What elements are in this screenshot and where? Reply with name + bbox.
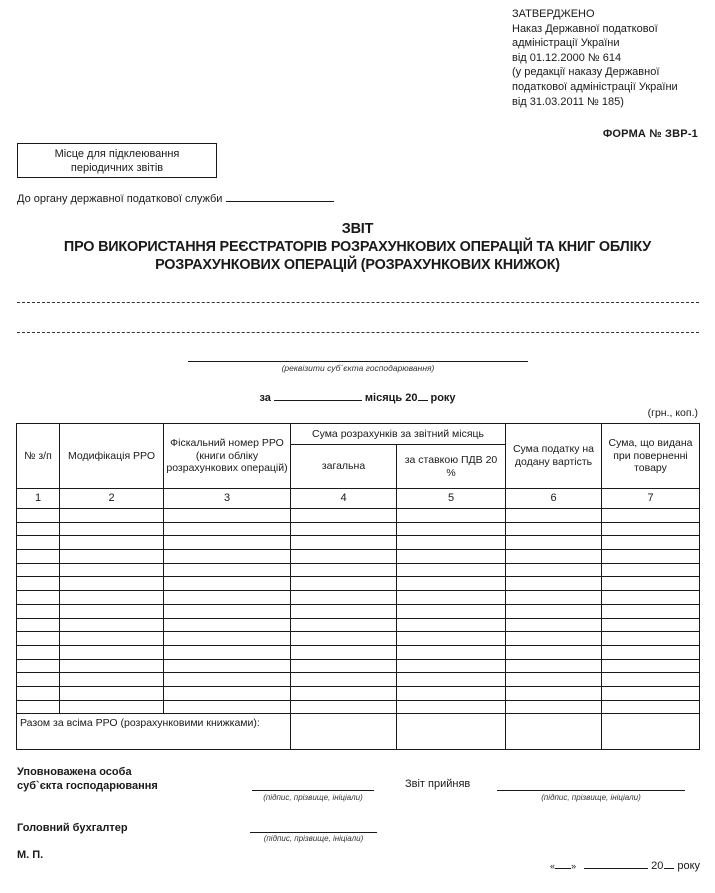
table-cell[interactable] bbox=[17, 659, 60, 673]
header-returned-sum: Сума, що видана при поверненні товару bbox=[602, 424, 700, 489]
table-cell[interactable] bbox=[60, 700, 164, 714]
approval-line: від 31.03.2011 № 185) bbox=[512, 95, 678, 110]
header-settlement-sum: Сума розрахунків за звітний місяць bbox=[291, 424, 506, 445]
header-number: № з/п bbox=[17, 424, 60, 489]
approval-line: (у редакції наказу Державної bbox=[512, 65, 678, 80]
table-cell[interactable] bbox=[602, 673, 700, 687]
table-cell[interactable] bbox=[506, 550, 602, 564]
authorized-signature-line[interactable] bbox=[252, 790, 374, 791]
year-suffix: року bbox=[677, 860, 700, 872]
date-field: «»20року bbox=[550, 860, 700, 872]
table-cell[interactable] bbox=[602, 659, 700, 673]
header-rro-model: Модифікація РРО bbox=[60, 424, 164, 489]
table-cell[interactable] bbox=[164, 645, 291, 659]
report-subtitle-line2: РОЗРАХУНКОВИХ ОПЕРАЦІЙ (РОЗРАХУНКОВИХ КН… bbox=[0, 257, 715, 275]
table-cell[interactable] bbox=[506, 522, 602, 536]
table-cell[interactable] bbox=[60, 536, 164, 550]
table-cell[interactable] bbox=[291, 632, 397, 646]
table-cell[interactable] bbox=[164, 686, 291, 700]
table-cell[interactable] bbox=[506, 591, 602, 605]
period-prefix: за bbox=[259, 392, 270, 404]
table-cell[interactable] bbox=[164, 604, 291, 618]
accountant-signature-caption: (підпис, прізвище, ініціали) bbox=[250, 834, 377, 843]
table-cell[interactable] bbox=[291, 645, 397, 659]
accepted-signature-line[interactable] bbox=[497, 790, 685, 791]
report-title: ЗВІТ bbox=[0, 221, 715, 239]
table-cell[interactable] bbox=[60, 563, 164, 577]
table-cell[interactable] bbox=[17, 632, 60, 646]
table-cell[interactable] bbox=[291, 577, 397, 591]
table-cell[interactable] bbox=[60, 659, 164, 673]
month-blank-footer[interactable] bbox=[584, 860, 648, 869]
year-blank-footer[interactable] bbox=[664, 860, 674, 869]
table-cell[interactable] bbox=[397, 577, 506, 591]
table-cell[interactable] bbox=[17, 673, 60, 687]
tax-office-field: До органу державної податкової служби bbox=[17, 192, 334, 205]
approval-line: від 01.12.2000 № 614 bbox=[512, 51, 678, 66]
year-blank[interactable] bbox=[418, 391, 428, 401]
table-row bbox=[17, 536, 700, 550]
table-cell[interactable] bbox=[506, 536, 602, 550]
total-cell[interactable] bbox=[506, 714, 602, 750]
table-cell[interactable] bbox=[602, 509, 700, 523]
table-row bbox=[17, 686, 700, 700]
paste-area-line1: Місце для підклеювання bbox=[18, 147, 216, 161]
header-vat-20: за ставкою ПДВ 20 % bbox=[397, 445, 506, 489]
table-cell[interactable] bbox=[17, 563, 60, 577]
table-cell[interactable] bbox=[602, 604, 700, 618]
period-month-label: місяць 20 bbox=[365, 392, 418, 404]
column-number: 4 bbox=[291, 489, 397, 509]
table-row bbox=[17, 550, 700, 564]
table-cell[interactable] bbox=[602, 632, 700, 646]
table-cell[interactable] bbox=[506, 645, 602, 659]
table-cell[interactable] bbox=[17, 550, 60, 564]
table-row bbox=[17, 563, 700, 577]
total-row: Разом за всіма РРО (розрахунковими книжк… bbox=[17, 714, 700, 750]
close-quote: » bbox=[571, 861, 576, 871]
total-cell[interactable] bbox=[397, 714, 506, 750]
reporting-period: замісяць 20року bbox=[0, 391, 715, 404]
table-cell[interactable] bbox=[506, 577, 602, 591]
column-number: 1 bbox=[17, 489, 60, 509]
table-cell[interactable] bbox=[397, 522, 506, 536]
table-cell[interactable] bbox=[291, 591, 397, 605]
table-cell[interactable] bbox=[397, 536, 506, 550]
header-total: загальна bbox=[291, 445, 397, 489]
table-cell[interactable] bbox=[164, 618, 291, 632]
table-cell[interactable] bbox=[164, 632, 291, 646]
table-cell[interactable] bbox=[164, 550, 291, 564]
table-cell[interactable] bbox=[60, 645, 164, 659]
table-cell[interactable] bbox=[397, 563, 506, 577]
authorized-person-line1: Уповноважена особа bbox=[17, 765, 158, 779]
table-cell[interactable] bbox=[602, 591, 700, 605]
table-row bbox=[17, 659, 700, 673]
column-number: 5 bbox=[397, 489, 506, 509]
year-prefix: 20 bbox=[651, 860, 663, 872]
table-cell[interactable] bbox=[17, 591, 60, 605]
table-cell[interactable] bbox=[602, 686, 700, 700]
column-number: 3 bbox=[164, 489, 291, 509]
table-cell[interactable] bbox=[602, 550, 700, 564]
table-row bbox=[17, 645, 700, 659]
table-cell[interactable] bbox=[164, 522, 291, 536]
table-cell[interactable] bbox=[17, 645, 60, 659]
table-row bbox=[17, 522, 700, 536]
table-cell[interactable] bbox=[164, 563, 291, 577]
column-number: 6 bbox=[506, 489, 602, 509]
table-cell[interactable] bbox=[17, 686, 60, 700]
total-cell[interactable] bbox=[291, 714, 397, 750]
table-cell[interactable] bbox=[60, 577, 164, 591]
accountant-signature-line[interactable] bbox=[250, 832, 377, 833]
paste-area-box: Місце для підклеювання періодичних звіті… bbox=[17, 143, 217, 178]
table-cell[interactable] bbox=[164, 536, 291, 550]
approval-block: ЗАТВЕРДЖЕНО Наказ Державної податкової а… bbox=[512, 7, 678, 109]
table-cell[interactable] bbox=[164, 591, 291, 605]
table-cell[interactable] bbox=[506, 700, 602, 714]
table-cell[interactable] bbox=[397, 604, 506, 618]
table-cell[interactable] bbox=[397, 550, 506, 564]
table-cell[interactable] bbox=[397, 645, 506, 659]
accepted-by-label: Звіт прийняв bbox=[405, 778, 470, 790]
table-cell[interactable] bbox=[291, 686, 397, 700]
table-cell[interactable] bbox=[291, 700, 397, 714]
table-row bbox=[17, 591, 700, 605]
authorized-person-label: Уповноважена особа суб`єкта господарюван… bbox=[17, 765, 158, 793]
total-label: Разом за всіма РРО (розрахунковими книжк… bbox=[17, 714, 291, 750]
table-cell[interactable] bbox=[17, 536, 60, 550]
table-row bbox=[17, 604, 700, 618]
table-cell[interactable] bbox=[60, 550, 164, 564]
stamp-label: М. П. bbox=[17, 848, 43, 862]
table-cell[interactable] bbox=[291, 563, 397, 577]
tax-office-blank[interactable] bbox=[226, 192, 334, 202]
table-cell[interactable] bbox=[164, 577, 291, 591]
table-cell[interactable] bbox=[602, 522, 700, 536]
table-body bbox=[17, 509, 700, 714]
table-cell[interactable] bbox=[291, 659, 397, 673]
table-cell[interactable] bbox=[602, 618, 700, 632]
table-cell[interactable] bbox=[17, 700, 60, 714]
table-cell[interactable] bbox=[60, 673, 164, 687]
table-cell[interactable] bbox=[60, 509, 164, 523]
table-cell[interactable] bbox=[506, 618, 602, 632]
authorized-signature-caption: (підпис, прізвище, ініціали) bbox=[252, 793, 374, 802]
table-cell[interactable] bbox=[291, 536, 397, 550]
accepted-signature-caption: (підпис, прізвище, ініціали) bbox=[497, 793, 685, 802]
table-cell[interactable] bbox=[164, 509, 291, 523]
table-cell[interactable] bbox=[397, 618, 506, 632]
table-cell[interactable] bbox=[17, 604, 60, 618]
table-cell[interactable] bbox=[397, 591, 506, 605]
report-table: № з/п Модифікація РРО Фіскальний номер Р… bbox=[16, 423, 700, 750]
table-cell[interactable] bbox=[291, 522, 397, 536]
tax-office-label: До органу державної податкової служби bbox=[17, 193, 222, 205]
approval-line: податкової адміністрації України bbox=[512, 80, 678, 95]
table-cell[interactable] bbox=[17, 577, 60, 591]
table-cell[interactable] bbox=[506, 563, 602, 577]
table-cell[interactable] bbox=[397, 700, 506, 714]
column-number: 7 bbox=[602, 489, 700, 509]
day-blank[interactable] bbox=[555, 860, 571, 869]
table-cell[interactable] bbox=[602, 536, 700, 550]
table-cell[interactable] bbox=[60, 591, 164, 605]
table-cell[interactable] bbox=[506, 686, 602, 700]
table-cell[interactable] bbox=[506, 673, 602, 687]
table-cell[interactable] bbox=[506, 604, 602, 618]
requisites-caption: (реквізити суб´єкта господарювання) bbox=[188, 363, 528, 373]
table-cell[interactable] bbox=[397, 659, 506, 673]
fill-line-2[interactable] bbox=[17, 332, 699, 333]
table-cell[interactable] bbox=[397, 686, 506, 700]
approval-line: ЗАТВЕРДЖЕНО bbox=[512, 7, 678, 22]
table-cell[interactable] bbox=[602, 700, 700, 714]
table-cell[interactable] bbox=[164, 700, 291, 714]
table-cell[interactable] bbox=[17, 522, 60, 536]
table-row bbox=[17, 577, 700, 591]
table-cell[interactable] bbox=[506, 632, 602, 646]
header-vat-sum: Сума податку на додану вартість bbox=[506, 424, 602, 489]
table-cell[interactable] bbox=[291, 618, 397, 632]
table-row bbox=[17, 632, 700, 646]
approval-line: Наказ Державної податкової bbox=[512, 22, 678, 37]
currency-units: (грн., коп.) bbox=[648, 407, 698, 419]
table-cell[interactable] bbox=[291, 550, 397, 564]
chief-accountant-label: Головний бухгалтер bbox=[17, 821, 128, 835]
table-cell[interactable] bbox=[60, 522, 164, 536]
table-cell[interactable] bbox=[506, 659, 602, 673]
total-cell[interactable] bbox=[602, 714, 700, 750]
approval-line: адміністрації України bbox=[512, 36, 678, 51]
paste-area-line2: періодичних звітів bbox=[18, 161, 216, 175]
table-row bbox=[17, 700, 700, 714]
table-cell[interactable] bbox=[60, 632, 164, 646]
table-row bbox=[17, 509, 700, 523]
table-cell[interactable] bbox=[602, 577, 700, 591]
table-cell[interactable] bbox=[291, 673, 397, 687]
month-blank[interactable] bbox=[274, 391, 362, 401]
table-cell[interactable] bbox=[602, 563, 700, 577]
table-cell[interactable] bbox=[397, 509, 506, 523]
requisites-line[interactable] bbox=[188, 361, 528, 362]
table-cell[interactable] bbox=[291, 509, 397, 523]
table-cell[interactable] bbox=[17, 618, 60, 632]
report-subtitle-line1: ПРО ВИКОРИСТАННЯ РЕЄСТРАТОРІВ РОЗРАХУНКО… bbox=[0, 239, 715, 257]
table-cell[interactable] bbox=[506, 509, 602, 523]
table-cell[interactable] bbox=[397, 632, 506, 646]
authorized-person-line2: суб`єкта господарювання bbox=[17, 779, 158, 793]
table-cell[interactable] bbox=[17, 509, 60, 523]
table-cell[interactable] bbox=[60, 686, 164, 700]
fill-line-1[interactable] bbox=[17, 302, 699, 303]
table-cell[interactable] bbox=[164, 673, 291, 687]
period-year-suffix: року bbox=[430, 392, 455, 404]
column-number: 2 bbox=[60, 489, 164, 509]
table-cell[interactable] bbox=[602, 645, 700, 659]
table-row bbox=[17, 618, 700, 632]
table-cell[interactable] bbox=[291, 604, 397, 618]
table-cell[interactable] bbox=[60, 604, 164, 618]
table-cell[interactable] bbox=[397, 673, 506, 687]
table-row bbox=[17, 673, 700, 687]
header-fiscal-number: Фіскальний номер РРО (книги обліку розра… bbox=[164, 424, 291, 489]
table-cell[interactable] bbox=[164, 659, 291, 673]
form-number: ФОРМА № ЗВР-1 bbox=[603, 128, 698, 140]
table-cell[interactable] bbox=[60, 618, 164, 632]
